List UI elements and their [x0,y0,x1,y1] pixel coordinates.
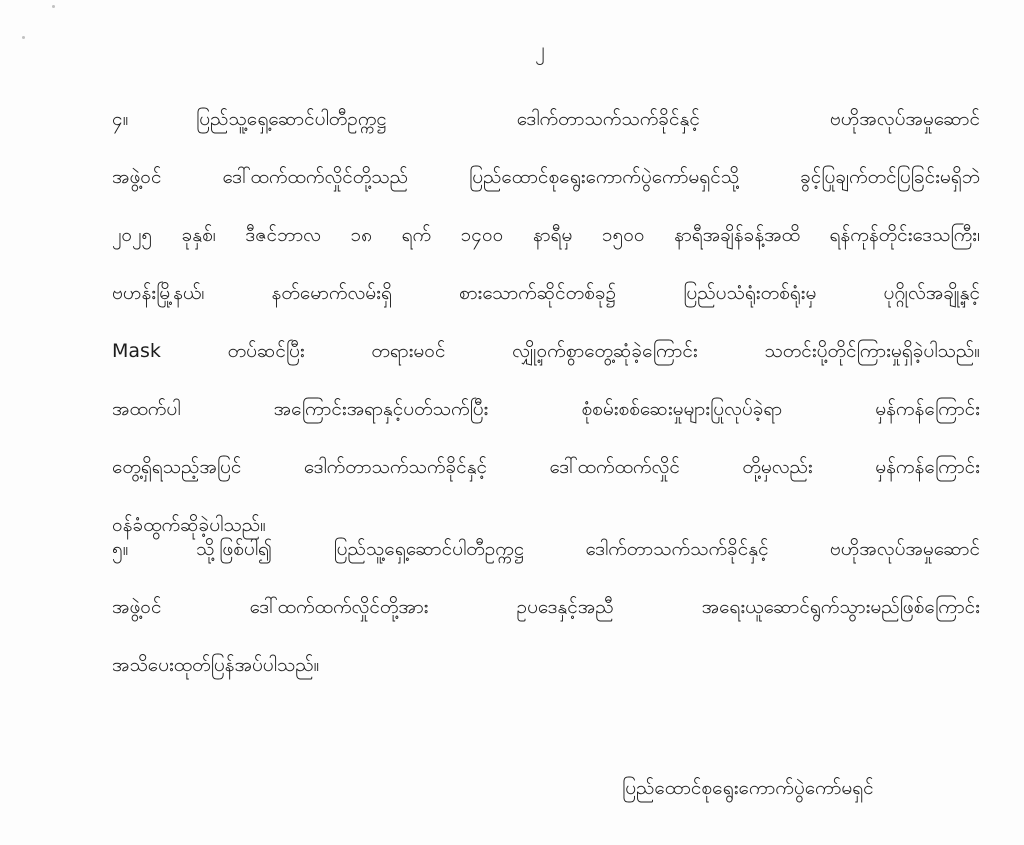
line-text: ဗဟန်းမြို့နယ်၊ နတ်မောက်လမ်းရှိ စားသောက်ဆ… [112,264,980,322]
paragraph-4: ၄။ ပြည်သူ့ရှေ့ဆောင်ပါတီဥက္ကဋ္ဌ ဒေါက်တာသက… [112,90,980,554]
paragraph-5: ၅။ သို့ဖြစ်ပါ၍ ပြည်သူ့ရှေ့ဆောင်ပါတီဥက္ကဋ… [112,520,980,694]
line-text: Mask တပ်ဆင်ပြီး တရားမဝင် လျှို့ဝှက်စွာတွ… [112,322,980,380]
paragraph-line: Mask တပ်ဆင်ပြီး တရားမဝင် လျှို့ဝှက်စွာတွ… [112,322,980,380]
paragraph-line: ဗဟန်းမြို့နယ်၊ နတ်မောက်လမ်းရှိ စားသောက်ဆ… [112,264,980,322]
line-text: အဖွဲ့ဝင် ဒေါ်ထက်ထက်လှိုင်တို့သည် ပြည်ထော… [112,148,980,206]
paragraph-line: အထက်ပါ အကြောင်းအရာနှင့်ပတ်သက်ပြီး စုံစမ်… [112,380,980,438]
line-text: ပြည်သူ့ရှေ့ဆောင်ပါတီဥက္ကဋ္ဌ ဒေါက်တာသက်သက… [196,90,980,148]
line-text: အထက်ပါ အကြောင်းအရာနှင့်ပတ်သက်ပြီး စုံစမ်… [112,380,980,438]
paragraph-line: ၄။ ပြည်သူ့ရှေ့ဆောင်ပါတီဥက္ကဋ္ဌ ဒေါက်တာသက… [112,90,980,148]
page-number: ၂ [0,36,1024,66]
paragraph-line: ၂၀၂၅ ခုနှစ်၊ ဒီဇင်ဘာလ ၁၈ ရက် ၁၄၀၀ နာရီမှ… [112,206,980,264]
document-page: ၂ ၄။ ပြည်သူ့ရှေ့ဆောင်ပါတီဥက္ကဋ္ဌ ဒေါက်တာ… [0,0,1024,845]
paragraph-line: အသိပေးထုတ်ပြန်အပ်ပါသည်။ [112,636,980,694]
line-text: တွေ့ရှိရသည့်အပြင် ဒေါက်တာသက်သက်ခိုင်နှင့… [112,438,980,496]
paragraph-line: အဖွဲ့ဝင် ဒေါ်ထက်ထက်လှိုင်တို့သည် ပြည်ထော… [112,148,980,206]
signature-issuer: ပြည်ထောင်စုရွေးကောက်ပွဲကော်မရှင် [622,776,874,804]
line-text: ၂၀၂၅ ခုနှစ်၊ ဒီဇင်ဘာလ ၁၈ ရက် ၁၄၀၀ နာရီမှ… [112,206,980,264]
line-text: အသိပေးထုတ်ပြန်အပ်ပါသည်။ [112,636,980,694]
paragraph-number: ၄။ [112,90,196,148]
scan-speck [52,5,55,8]
paragraph-line: တွေ့ရှိရသည့်အပြင် ဒေါက်တာသက်သက်ခိုင်နှင့… [112,438,980,496]
paragraph-line: အဖွဲ့ဝင် ဒေါ်ထက်ထက်လှိုင်တို့အား ဥပဒေနှင… [112,578,980,636]
paragraph-line: ၅။ သို့ဖြစ်ပါ၍ ပြည်သူ့ရှေ့ဆောင်ပါတီဥက္ကဋ… [112,520,980,578]
line-text: သို့ဖြစ်ပါ၍ ပြည်သူ့ရှေ့ဆောင်ပါတီဥက္ကဋ္ဌ … [196,520,980,578]
paragraph-number: ၅။ [112,520,196,578]
line-text: အဖွဲ့ဝင် ဒေါ်ထက်ထက်လှိုင်တို့အား ဥပဒေနှင… [112,578,980,636]
